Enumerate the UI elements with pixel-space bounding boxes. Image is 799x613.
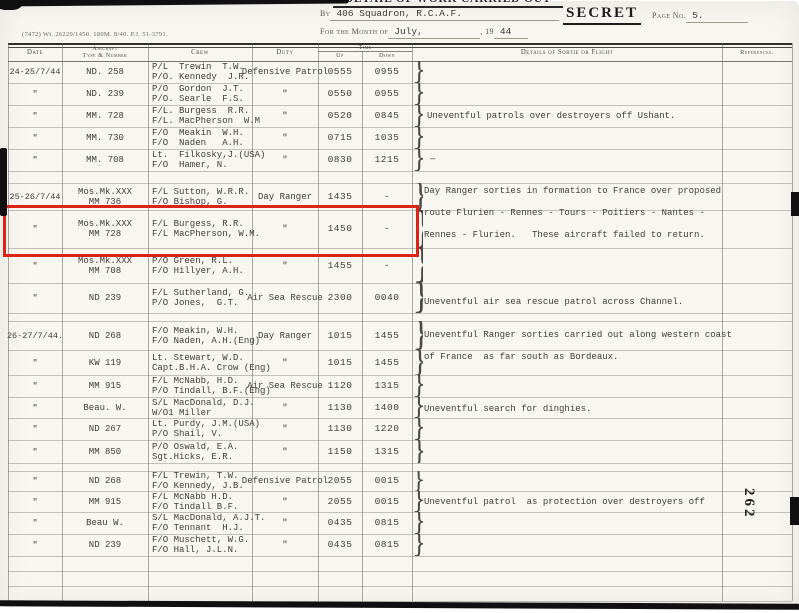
crew-line: F/O Tennant H.J. bbox=[152, 523, 244, 533]
brace-icon: } bbox=[412, 471, 423, 491]
time-up-cell: 1015 bbox=[318, 350, 362, 375]
secret-stamp: SECRET bbox=[563, 5, 641, 25]
time-up-cell: 1130 bbox=[318, 397, 362, 418]
row-line bbox=[8, 571, 792, 572]
aircraft-cell: ND. 258 bbox=[62, 61, 148, 83]
scan-edge-left-bar bbox=[0, 148, 7, 216]
crew-line: P/L Trewin T.W. bbox=[152, 62, 244, 72]
duty-cell: " bbox=[252, 512, 318, 534]
brace-icon: } bbox=[412, 375, 423, 397]
crew-line: F/O Hillyer, A.H. bbox=[152, 266, 244, 276]
aircraft-cell: MM 915 bbox=[62, 375, 148, 397]
month-line: For the Month of July, , 19 44 bbox=[320, 26, 528, 39]
year-preprint: , 19 bbox=[480, 27, 494, 36]
table-row: "ND 239F/O Muschett, W.G.F/O Hall, J.L.N… bbox=[0, 534, 799, 556]
duty-cell: " bbox=[252, 491, 318, 512]
duty-cell: " bbox=[252, 127, 318, 149]
duty-cell: Defensive Patrol bbox=[252, 471, 318, 491]
date-cell: " bbox=[8, 149, 62, 171]
time-up-cell: 1120 bbox=[318, 375, 362, 397]
crew-line: P/O Shail, V. bbox=[152, 429, 222, 439]
brace-icon: } bbox=[412, 418, 423, 440]
crew-line: F/O Tindall B.F. bbox=[152, 502, 238, 512]
detail-text: route Flurien - Rennes - Tours - Poitier… bbox=[424, 208, 705, 218]
aircraft-cell: Beau. W. bbox=[62, 397, 148, 418]
duty-cell: " bbox=[252, 105, 318, 127]
duty-cell: " bbox=[252, 418, 318, 440]
crew-line: S/L MacDonald, D.J. bbox=[152, 398, 255, 408]
page-title: DETAIL OF WORK CARRIED OUT bbox=[333, 0, 563, 8]
duty-cell: Day Ranger bbox=[252, 321, 318, 350]
time-up-cell: 0555 bbox=[318, 61, 362, 83]
detail-text: Day Ranger sorties in formation to Franc… bbox=[424, 186, 721, 196]
month-value: July, bbox=[388, 26, 480, 39]
table-row: "MM. 708Lt. Filkosky,J.(USA)F/O Hamer, N… bbox=[0, 149, 799, 171]
table-row: "MM. 730F/O Meakin W.H.F/O Naden A.H."07… bbox=[0, 127, 799, 149]
aircraft-line: Beau W. bbox=[86, 518, 124, 528]
time-up-cell: 1130 bbox=[318, 418, 362, 440]
aircraft-line: MM. 708 bbox=[86, 155, 124, 165]
brace-icon: } bbox=[412, 283, 423, 313]
date-cell: " bbox=[8, 127, 62, 149]
time-down-cell: 0040 bbox=[362, 283, 412, 313]
time-up-cell: 0435 bbox=[318, 512, 362, 534]
page-number-line: Page No. 5. bbox=[652, 10, 748, 23]
page-number-value: 5. bbox=[686, 10, 748, 23]
row-line bbox=[8, 556, 792, 557]
date-cell: " bbox=[8, 534, 62, 556]
brace-icon: } bbox=[412, 440, 423, 463]
aircraft-cell: MM. 730 bbox=[62, 127, 148, 149]
date-cell: " bbox=[8, 105, 62, 127]
crew-line: F/L Trewin, T.W. bbox=[152, 471, 238, 481]
date-cell: 26-27/7/44. bbox=[8, 321, 62, 350]
date-cell: " bbox=[8, 471, 62, 491]
date-cell: " bbox=[8, 83, 62, 105]
time-up-cell: 0830 bbox=[318, 149, 362, 171]
table-row: "Beau W.S/L MacDonald, A.J.T.F/O Tennant… bbox=[0, 512, 799, 534]
crew-line: F/O Meakin, W.H. bbox=[152, 326, 238, 336]
time-down-cell: 0015 bbox=[362, 491, 412, 512]
detail-text: Uneventful patrol as protection over des… bbox=[424, 497, 705, 507]
aircraft-line: ND. 239 bbox=[86, 89, 124, 99]
detail-text: — bbox=[430, 154, 435, 164]
brace-icon: } bbox=[412, 105, 423, 127]
time-up-cell: 2300 bbox=[318, 283, 362, 313]
date-cell: " bbox=[8, 283, 62, 313]
brace-icon: } bbox=[412, 512, 423, 534]
table-row: "KW 119Lt. Stewart, W.D.Capt.B.H.A. Crow… bbox=[0, 350, 799, 375]
crew-line: F/O Naden A.H. bbox=[152, 138, 244, 148]
time-down-cell: 0845 bbox=[362, 105, 412, 127]
time-down-cell: 1400 bbox=[362, 397, 412, 418]
date-cell: " bbox=[8, 350, 62, 375]
duty-cell: Air Sea Rescue bbox=[252, 375, 318, 397]
brace-icon: } bbox=[412, 83, 423, 105]
detail-text: Uneventful air sea rescue patrol across … bbox=[424, 297, 683, 307]
archive-page-stamp: 262 bbox=[740, 488, 757, 538]
aircraft-line: Beau. W. bbox=[83, 403, 126, 413]
aircraft-line: MM 708 bbox=[89, 266, 121, 276]
date-cell: 24-25/7/44 bbox=[8, 61, 62, 83]
brace-icon: } bbox=[412, 127, 423, 149]
time-up-cell: 0550 bbox=[318, 83, 362, 105]
aircraft-cell: ND. 239 bbox=[62, 83, 148, 105]
grid-line bbox=[8, 47, 792, 48]
crew-line: P/O Gordon J.T. bbox=[152, 84, 244, 94]
scan-edge-right-bar-1 bbox=[791, 192, 799, 216]
brace-icon: } bbox=[412, 321, 423, 350]
aircraft-cell: MM. 728 bbox=[62, 105, 148, 127]
brace-icon: } bbox=[412, 397, 423, 418]
aircraft-line: ND 268 bbox=[89, 476, 121, 486]
aircraft-line: Mos.Mk.XXX bbox=[78, 187, 132, 197]
duty-cell: " bbox=[252, 440, 318, 463]
aircraft-cell: ND 268 bbox=[62, 321, 148, 350]
time-down-cell: 0015 bbox=[362, 471, 412, 491]
detail-text: Uneventful patrols over destroyers off U… bbox=[427, 111, 675, 121]
row-line bbox=[8, 586, 792, 587]
aircraft-cell: MM. 708 bbox=[62, 149, 148, 171]
table-row: "ND 268F/L Trewin, T.W.F/O Kennedy, J.B.… bbox=[0, 471, 799, 491]
table-row: "MM 915F/L McNabb, H.D.P/O Tindall, B.F.… bbox=[0, 375, 799, 397]
row-line bbox=[8, 463, 792, 464]
time-up-cell: 2055 bbox=[318, 471, 362, 491]
time-down-cell: 0955 bbox=[362, 83, 412, 105]
table-row: "ND. 239P/O Gordon J.T.P/O. Searle F.S."… bbox=[0, 83, 799, 105]
aircraft-line: ND. 258 bbox=[86, 67, 124, 77]
crew-line: F/O Hamer, N. bbox=[152, 160, 228, 170]
crew-line: F/O Meakin W.H. bbox=[152, 128, 244, 138]
crew-line: P/O. Searle F.S. bbox=[152, 94, 244, 104]
crew-line: F/L McNabb, H.D. bbox=[152, 376, 238, 386]
date-cell: " bbox=[8, 440, 62, 463]
aircraft-line: MM. 730 bbox=[86, 133, 124, 143]
month-label: For the Month of bbox=[320, 27, 388, 36]
crew-line: Lt. Filkosky,J.(USA) bbox=[152, 150, 265, 160]
date-cell: " bbox=[8, 491, 62, 512]
time-up-cell: 2055 bbox=[318, 491, 362, 512]
duty-cell: Defensive Patrol bbox=[252, 61, 318, 83]
crew-line: P/O Green, R.L. bbox=[152, 256, 233, 266]
crew-line: F/L. MacPherson W.M bbox=[152, 116, 260, 126]
aircraft-line: MM 850 bbox=[89, 447, 121, 457]
table-row: 24-25/7/44ND. 258P/L Trewin T.W.P/O. Ken… bbox=[0, 61, 799, 83]
date-cell: " bbox=[8, 512, 62, 534]
crew-line: F/L. Burgess R.R. bbox=[152, 106, 249, 116]
aircraft-line: KW 119 bbox=[89, 358, 121, 368]
time-up-cell: 0715 bbox=[318, 127, 362, 149]
scanned-document-page: DETAIL OF WORK CARRIED OUT SECRET By 406… bbox=[0, 0, 799, 613]
highlight-box bbox=[3, 205, 419, 257]
crew-line: F/L Sutton, W.R.R. bbox=[152, 187, 249, 197]
time-down-cell: 0955 bbox=[362, 61, 412, 83]
column-header-down: Down bbox=[362, 51, 412, 60]
crew-line: P/O. Kennedy J.R. bbox=[152, 72, 249, 82]
crew-line: Lt. Purdy, J.M.(USA) bbox=[152, 419, 260, 429]
crew-line: F/O Naden, A.H.(Eng) bbox=[152, 336, 260, 346]
aircraft-line: ND 268 bbox=[89, 331, 121, 341]
row-line bbox=[8, 171, 792, 172]
brace-icon: } bbox=[412, 61, 423, 83]
brace-icon: } bbox=[412, 350, 423, 375]
time-down-cell: 1455 bbox=[362, 350, 412, 375]
table-row: "MM. 728F/L. Burgess R.R.F/L. MacPherson… bbox=[0, 105, 799, 127]
crew-line: P/O Jones, G.T. bbox=[152, 298, 238, 308]
table-row: "Beau. W.S/L MacDonald, D.J.W/O1 Miller"… bbox=[0, 397, 799, 418]
aircraft-cell: MM 850 bbox=[62, 440, 148, 463]
time-down-cell: 1455 bbox=[362, 321, 412, 350]
duty-cell: " bbox=[252, 350, 318, 375]
brace-icon: } bbox=[412, 491, 423, 512]
aircraft-cell: ND 239 bbox=[62, 534, 148, 556]
duty-cell: " bbox=[252, 534, 318, 556]
crew-line: P/O Oswald, E.A. bbox=[152, 442, 238, 452]
time-down-cell: 1315 bbox=[362, 440, 412, 463]
table-row: "MM 850P/O Oswald, E.A.Sgt.Hicks, E.R."1… bbox=[0, 440, 799, 463]
time-up-cell: 1015 bbox=[318, 321, 362, 350]
scan-edge-right-bar-2 bbox=[790, 497, 799, 525]
crew-line: S/L MacDonald, A.J.T. bbox=[152, 513, 265, 523]
crew-line: W/O1 Miller bbox=[152, 408, 211, 418]
brace-icon: } bbox=[412, 534, 423, 556]
time-down-cell: 1220 bbox=[362, 418, 412, 440]
table-row: "ND 267Lt. Purdy, J.M.(USA)P/O Shail, V.… bbox=[0, 418, 799, 440]
brace-icon: } bbox=[412, 149, 423, 171]
duty-cell: " bbox=[252, 149, 318, 171]
aircraft-cell: ND 267 bbox=[62, 418, 148, 440]
form-imprint: (7472) Wt. 26229/1450. 180M. 8/40. P.J. … bbox=[22, 31, 168, 38]
crew-line: Lt. Stewart, W.D. bbox=[152, 353, 244, 363]
aircraft-cell: MM 915 bbox=[62, 491, 148, 512]
time-up-cell: 1150 bbox=[318, 440, 362, 463]
row-line bbox=[8, 313, 792, 314]
crew-line: F/O Hall, J.L.N. bbox=[152, 545, 238, 555]
detail-text: Rennes - Flurien. These aircraft failed … bbox=[424, 230, 705, 240]
aircraft-line: ND 239 bbox=[89, 540, 121, 550]
grid-line bbox=[318, 51, 412, 52]
time-up-cell: 0435 bbox=[318, 534, 362, 556]
squadron-value: 406 Squadron, R.C.A.F. bbox=[330, 8, 559, 21]
date-cell: " bbox=[8, 397, 62, 418]
crew-line: F/L McNabb H.D. bbox=[152, 492, 233, 502]
duty-cell: Air Sea Rescue bbox=[252, 283, 318, 313]
date-cell: " bbox=[8, 418, 62, 440]
time-down-cell: 0815 bbox=[362, 512, 412, 534]
detail-text: of France as far south as Bordeaux. bbox=[424, 352, 618, 362]
duty-cell: " bbox=[252, 397, 318, 418]
aircraft-cell: ND 239 bbox=[62, 283, 148, 313]
year-value: 44 bbox=[494, 26, 528, 39]
aircraft-line: ND 267 bbox=[89, 424, 121, 434]
aircraft-line: MM 915 bbox=[89, 381, 121, 391]
column-header-up: Up bbox=[318, 51, 362, 60]
crew-line: F/L Sutherland, G. bbox=[152, 288, 249, 298]
page-number-label: Page No. bbox=[652, 11, 686, 20]
time-down-cell: 1315 bbox=[362, 375, 412, 397]
detail-text: Uneventful Ranger sorties carried out al… bbox=[424, 330, 732, 340]
aircraft-line: MM 915 bbox=[89, 497, 121, 507]
duty-cell: " bbox=[252, 83, 318, 105]
by-label: By bbox=[320, 9, 330, 18]
aircraft-cell: ND 268 bbox=[62, 471, 148, 491]
crew-line: F/O Kennedy, J.B. bbox=[152, 481, 244, 491]
crew-line: Sgt.Hicks, E.R. bbox=[152, 452, 233, 462]
crew-line: F/O Muschett, W.G. bbox=[152, 535, 249, 545]
aircraft-cell: Beau W. bbox=[62, 512, 148, 534]
squadron-line: By 406 Squadron, R.C.A.F. bbox=[320, 8, 559, 21]
aircraft-line: MM. 728 bbox=[86, 111, 124, 121]
time-up-cell: 0520 bbox=[318, 105, 362, 127]
aircraft-cell: KW 119 bbox=[62, 350, 148, 375]
detail-text: Uneventful search for dinghies. bbox=[424, 404, 591, 414]
time-down-cell: 0815 bbox=[362, 534, 412, 556]
time-down-cell: 1035 bbox=[362, 127, 412, 149]
aircraft-line: Mos.Mk.XXX bbox=[78, 256, 132, 266]
date-cell: " bbox=[8, 375, 62, 397]
aircraft-line: ND 239 bbox=[89, 293, 121, 303]
grid-line bbox=[8, 43, 792, 45]
time-down-cell: 1215 bbox=[362, 149, 412, 171]
